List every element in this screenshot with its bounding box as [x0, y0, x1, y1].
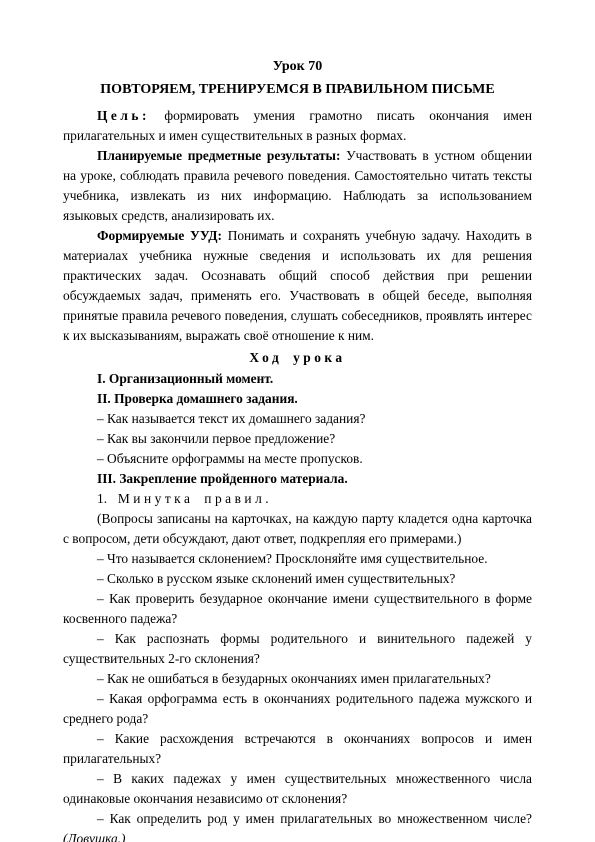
text-run: I. Организационный момент. [97, 371, 273, 386]
question: – Как называется текст их домашнего зада… [63, 409, 532, 429]
exercise-heading: 1. Минутка правил. [63, 489, 532, 509]
planned-results-paragraph: Планируемые предметные результаты: Участ… [63, 146, 532, 226]
question: – Что называется склонением? Просклоняйт… [63, 549, 532, 569]
document-page: Урок 70ПОВТОРЯЕМ, ТРЕНИРУЕМСЯ В ПРАВИЛЬН… [0, 0, 595, 842]
question: – Сколько в русском языке склонений имен… [63, 569, 532, 589]
lesson-flow-heading: Ход урока [63, 348, 532, 368]
text-run: Минутка правил. [107, 491, 272, 506]
text-run: – Что называется склонением? Просклоняйт… [97, 551, 488, 566]
text-run: – Объясните орфограммы на месте пропуско… [97, 451, 363, 466]
text-run: – Какие расхождения встречаются в оконча… [63, 731, 532, 766]
question: – Как проверить безударное окончание име… [63, 589, 532, 629]
text-run: Цель: [97, 108, 150, 123]
text-run: – Как не ошибаться в безударных окончани… [97, 671, 491, 686]
text-run: III. Закрепление пройденного материала. [97, 471, 348, 486]
question: – Объясните орфограммы на месте пропуско… [63, 449, 532, 469]
question: – Как распознать формы родительного и ви… [63, 629, 532, 669]
question-with-note: – Как определить род у имен прилагательн… [63, 809, 532, 842]
question: – Как не ошибаться в безударных окончани… [63, 669, 532, 689]
question: – Какие расхождения встречаются в оконча… [63, 729, 532, 769]
text-run: – Сколько в русском языке склонений имен… [97, 571, 455, 586]
text-run: – Как проверить безударное окончание име… [63, 591, 532, 626]
text-run: – В каких падежах у имен существительных… [63, 771, 532, 806]
text-run: Понимать и сохранять учебную задачу. Нах… [63, 228, 532, 343]
question: – Какая орфограмма есть в окончаниях род… [63, 689, 532, 729]
text-run: – Как распознать формы родительного и ви… [63, 631, 532, 666]
stage-3-heading: III. Закрепление пройденного материала. [63, 469, 532, 489]
stage-2-heading: II. Проверка домашнего задания. [63, 389, 532, 409]
text-run: – Как называется текст их домашнего зада… [97, 411, 365, 426]
note-paragraph: (Вопросы записаны на карточках, на кажду… [63, 509, 532, 549]
text-run: (Ловушка.) [63, 831, 126, 842]
goal-paragraph: Цель: формировать умения грамотно писать… [63, 106, 532, 146]
text-run: Урок 70 [273, 59, 322, 74]
question: – Как вы закончили первое предложение? [63, 429, 532, 449]
text-run: Планируемые предметные результаты: [97, 148, 340, 163]
lesson-number: Урок 70 [63, 55, 532, 78]
text-run: – Как определить род у имен прилагательн… [97, 811, 532, 826]
text-run: Ход урока [249, 350, 345, 365]
text-run: 1. [97, 491, 107, 506]
text-run: – Как вы закончили первое предложение? [97, 431, 335, 446]
document-body: Урок 70ПОВТОРЯЕМ, ТРЕНИРУЕМСЯ В ПРАВИЛЬН… [63, 55, 532, 842]
text-run: II. Проверка домашнего задания. [97, 391, 298, 406]
stage-1-heading: I. Организационный момент. [63, 369, 532, 389]
text-run: (Вопросы записаны на карточках, на кажду… [63, 511, 532, 546]
question: – В каких падежах у имен существительных… [63, 769, 532, 809]
uud-paragraph: Формируемые УУД: Понимать и сохранять уч… [63, 226, 532, 346]
text-run: – Какая орфограмма есть в окончаниях род… [63, 691, 532, 726]
text-run: ПОВТОРЯЕМ, ТРЕНИРУЕМСЯ В ПРАВИЛЬНОМ ПИСЬ… [100, 82, 494, 97]
text-run: Формируемые УУД: [97, 228, 222, 243]
lesson-title: ПОВТОРЯЕМ, ТРЕНИРУЕМСЯ В ПРАВИЛЬНОМ ПИСЬ… [63, 78, 532, 101]
